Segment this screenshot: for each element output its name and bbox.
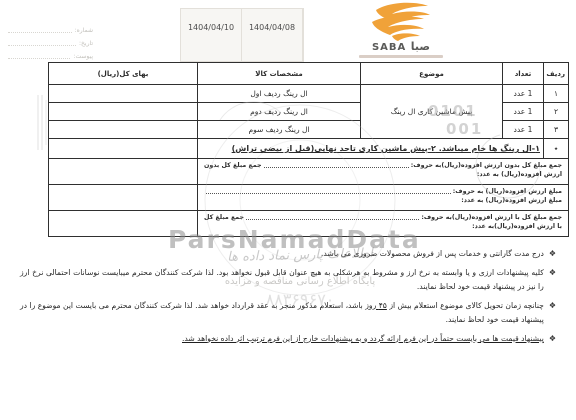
meta-attachment-row: پیوست:: [8, 53, 93, 60]
list-item: ❖ پیشنهاد قیمت ها می بایست حتماً در این …: [20, 332, 556, 347]
date-box: 1404/04/10 1404/04/08: [180, 8, 304, 62]
total-without-vat-cell: جمع مبلغ کل بدون ارزش افزوده(ریال)به حرو…: [198, 159, 569, 185]
total-without-vat-tail: جمع مبلغ کل بدون: [204, 161, 262, 170]
condition-form-only-text: پیشنهاد قیمت ها می بایست حتماً در این فر…: [182, 332, 544, 347]
logo-farsi: صبا: [411, 40, 430, 53]
spec-cell: ال رینگ ردیف سوم: [198, 121, 361, 139]
date-cell-left: 1404/04/10: [181, 9, 241, 61]
row-number-cell: ۲: [544, 103, 569, 121]
table-row: ۱ 1 عدد پیش ماشین کاری ال رینگ ال رینگ ر…: [49, 85, 569, 103]
saba-wave-logo-icon: [362, 2, 440, 42]
price-cell-empty: [49, 159, 198, 185]
total-with-vat-cell: جمع مبلغ کل با ارزش افزوده(ریال)به حروف:…: [198, 211, 569, 237]
header-total-price: بهای کل(ریال): [49, 63, 198, 85]
diamond-bullet-icon: ❖: [549, 332, 556, 347]
logo-caption-line: [359, 55, 443, 58]
diamond-bullet-icon: ❖: [549, 247, 556, 262]
note-marker-cell: ٭: [544, 139, 569, 159]
row-number-cell: ۱: [544, 85, 569, 103]
condition-warranty-text: درج مدت گارانتی و خدمات پس از فروش محصول…: [321, 247, 544, 262]
row-number-cell: ۳: [544, 121, 569, 139]
list-item: ❖ کلیه پیشنهادات ارزی و یا وابسته به نرخ…: [20, 266, 556, 295]
note-text-cell: ۱-ال رینگ ها خام میباشد. ۲-پیش ماشین کار…: [198, 139, 544, 159]
diamond-bullet-icon: ❖: [549, 299, 556, 328]
quantity-cell: 1 عدد: [503, 85, 544, 103]
conditions-list: ❖ درج مدت گارانتی و خدمات پس از فروش محص…: [20, 247, 556, 350]
vat-amount-digits-label: مبلغ ارزش افزوده(ریال) به عدد:: [204, 196, 562, 206]
quantity-cell: 1 عدد: [503, 103, 544, 121]
attachment-dotted-line: [8, 54, 70, 59]
header-spec: مشخصات کالا: [198, 63, 361, 85]
dotted-fill-line[interactable]: [264, 162, 409, 168]
logo-latin: SABA: [372, 42, 406, 53]
diamond-bullet-icon: ❖: [549, 266, 556, 295]
number-label: شماره:: [75, 27, 93, 34]
price-cell-empty: [49, 139, 198, 159]
meta-labels-block: شماره: تاریخ: پیوست:: [8, 27, 93, 66]
attachment-label: پیوست:: [73, 53, 93, 60]
items-table: ردیف تعداد موضوع مشخصات کالا بهای کل(ریا…: [48, 62, 569, 237]
vat-amount-cell: مبلغ ارزش افزوده(ریال) به حروف: مبلغ ارز…: [198, 185, 569, 211]
spec-cell: ال رینگ ردیف اول: [198, 85, 361, 103]
note-row: ٭ ۱-ال رینگ ها خام میباشد. ۲-پیش ماشین ک…: [49, 139, 569, 159]
date-dotted-line: [8, 41, 76, 46]
table-header-row: ردیف تعداد موضوع مشخصات کالا بهای کل(ریا…: [49, 63, 569, 85]
list-item: ❖ درج مدت گارانتی و خدمات پس از فروش محص…: [20, 247, 556, 262]
delivery-days-underlined: ۴۵ روز: [365, 301, 387, 310]
date-label: تاریخ:: [79, 40, 93, 47]
vat-amount-row: مبلغ ارزش افزوده(ریال) به حروف: مبلغ ارز…: [49, 185, 569, 211]
logo-wordmark: SABA صبا: [345, 42, 457, 53]
dotted-fill-line[interactable]: [246, 214, 419, 220]
vat-amount-words-label: مبلغ ارزش افزوده(ریال) به حروف:: [453, 187, 562, 196]
total-without-vat-row: جمع مبلغ کل بدون ارزش افزوده(ریال)به حرو…: [49, 159, 569, 185]
date-cell-right: 1404/04/08: [241, 9, 303, 61]
number-dotted-line: [8, 28, 72, 33]
list-item: ❖ چنانچه زمان تحویل کالای موضوع استعلام …: [20, 299, 556, 328]
total-with-vat-words-label: جمع مبلغ کل با ارزش افزوده(ریال)به حروف:: [421, 213, 562, 222]
price-cell-empty: [49, 185, 198, 211]
total-without-vat-words-label: جمع مبلغ کل بدون ارزش افزوده(ریال)به حرو…: [411, 161, 562, 170]
total-with-vat-digits-label: با ارزش افزوده(ریال)به عدد:: [204, 222, 562, 232]
header-quantity: تعداد: [503, 63, 544, 85]
total-with-vat-row: جمع مبلغ کل با ارزش افزوده(ریال)به حروف:…: [49, 211, 569, 237]
price-cell-empty: [49, 103, 198, 121]
condition-delivery-text: چنانچه زمان تحویل کالای موضوع استعلام بی…: [20, 299, 544, 328]
price-cell-empty: [49, 211, 198, 237]
total-with-vat-tail: جمع مبلغ کل: [204, 213, 244, 222]
dotted-fill-line[interactable]: [206, 188, 451, 194]
price-cell-empty: [49, 121, 198, 139]
company-logo: SABA صبا: [345, 2, 457, 58]
spec-cell: ال رینگ ردیف دوم: [198, 103, 361, 121]
meta-date-row: تاریخ:: [8, 40, 93, 47]
total-without-vat-digits-label: ارزش افزوده(ریال) به عدد:: [204, 170, 562, 180]
subject-merged-cell: پیش ماشین کاری ال رینگ: [361, 85, 503, 139]
header-subject: موضوع: [361, 63, 503, 85]
quantity-cell: 1 عدد: [503, 121, 544, 139]
scanned-inquiry-form-page: شماره: تاریخ: پیوست: 1404/04/10 1404/04/…: [0, 0, 576, 420]
price-cell-empty: [49, 85, 198, 103]
meta-number-row: شماره:: [8, 27, 93, 34]
condition-currency-text: کلیه پیشنهادات ارزی و یا وابسته به نرخ ا…: [20, 266, 544, 295]
header-row-number: ردیف: [544, 63, 569, 85]
